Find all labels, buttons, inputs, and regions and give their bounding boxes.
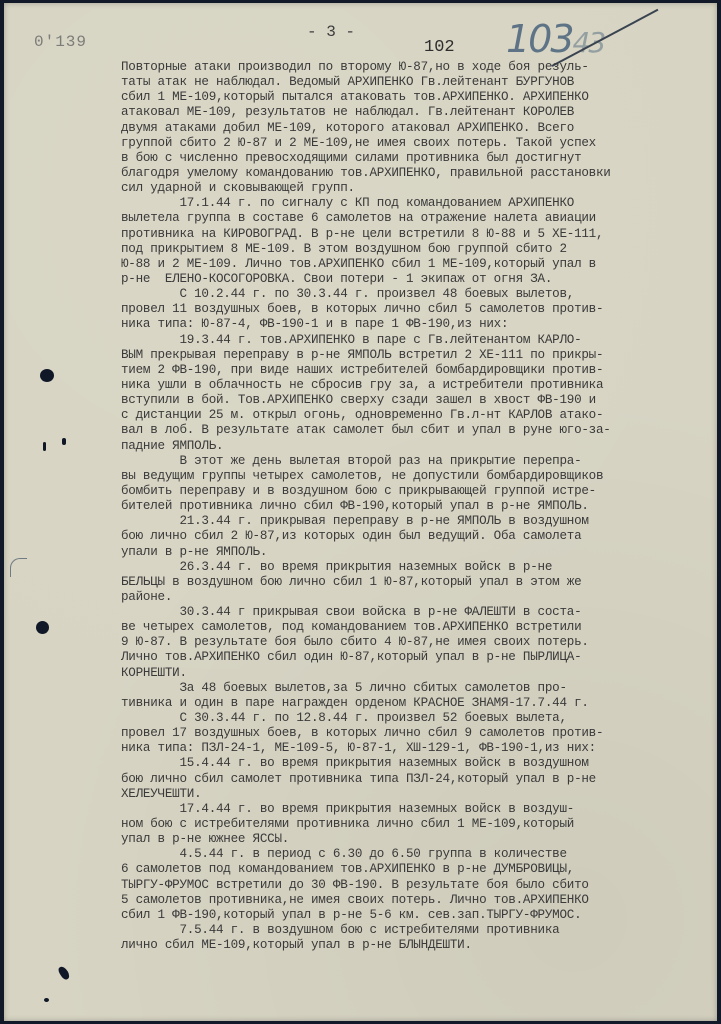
text-line: р-не ЕЛЕНО-КОСОГОРОВКА. Свои потери - 1 …	[121, 272, 721, 287]
text-line: ника типа: ПЗЛ-24-1, МЕ-109-5, Ю-87-1, Х…	[121, 741, 721, 756]
text-line: лично сбил МЕ-109,который упал в р-не БЛ…	[121, 938, 721, 953]
text-line: С 30.3.44 г. по 12.8.44 г. произвел 52 б…	[121, 711, 721, 726]
punch-hole	[36, 621, 49, 634]
text-line: Лично тов.АРХИПЕНКО сбил один Ю-87,котор…	[121, 650, 721, 665]
text-line: вылетела группа в составе 6 самолетов на…	[121, 211, 721, 226]
text-line: упали в р-не ЯМПОЛЬ.	[121, 545, 721, 560]
text-line: 26.3.44 г. во время прикрытия наземных в…	[121, 560, 721, 575]
text-line: 17.4.44 г. во время прикрытия наземных в…	[121, 802, 721, 817]
archive-number: 0'139	[34, 33, 87, 51]
text-line: С 10.2.44 г. по 30.3.44 г. произвел 48 б…	[121, 287, 721, 302]
text-line: 9 Ю-87. В результате боя было сбито 4 Ю-…	[121, 635, 721, 650]
text-line: сбил 1 МЕ-109,который пытался атаковать …	[121, 90, 721, 105]
text-line: Повторные атаки производил по второму Ю-…	[121, 60, 721, 75]
text-line: ника ушли в облачность не сбросив гру за…	[121, 378, 721, 393]
page-number: - 3 -	[307, 23, 355, 41]
text-line: 17.1.44 г. по сигналу с КП под командова…	[121, 196, 721, 211]
text-line: провел 17 воздушных боев, в которых личн…	[121, 726, 721, 741]
text-line: 5 самолетов противника,не имея своих пот…	[121, 893, 721, 908]
folio-handwritten: 10343	[506, 17, 604, 61]
text-line: БЕЛЬЦЫ в воздушном бою лично сбил 1 Ю-87…	[121, 575, 721, 590]
text-line: ВЫМ прекрывая переправу в р-не ЯМПОЛЬ вс…	[121, 348, 721, 363]
text-line: упал в р-не южнее ЯССЫ.	[121, 832, 721, 847]
folio-handwritten-number: 103	[506, 17, 573, 61]
text-line: районе.	[121, 590, 721, 605]
text-line: 21.3.44 г. прикрывая переправу в р-не ЯМ…	[121, 514, 721, 529]
text-line: бомбить переправу и в воздушном бою с пр…	[121, 484, 721, 499]
text-line: За 48 боевых вылетов,за 5 лично сбитых с…	[121, 681, 721, 696]
text-line: бителей противника лично сбил ФВ-190,кот…	[121, 499, 721, 514]
text-line: бою лично сбил 2 Ю-87,из которых один бы…	[121, 529, 721, 544]
document-body: Повторные атаки производил по второму Ю-…	[121, 60, 721, 953]
punch-hole	[43, 442, 46, 451]
text-line: в бою с численно превосходящими силами п…	[121, 151, 721, 166]
text-line: вступили в бой. Тов.АРХИПЕНКО сверху сза…	[121, 393, 721, 408]
text-line: ТЫРГУ-ФРУМОС встретили до 30 ФВ-190. В р…	[121, 878, 721, 893]
text-line: ном бою с истребителями противника лично…	[121, 817, 721, 832]
text-line: тивника и один в паре награжден орденом …	[121, 696, 721, 711]
text-line: двумя атаками добил МЕ-109, которого ата…	[121, 121, 721, 136]
text-line: провел 11 воздушных боев, в которых личн…	[121, 302, 721, 317]
document-page: 0'139 - 3 - 102 10343 Повторные атаки пр…	[4, 3, 717, 1021]
text-line: тием 2 ФВ-190, при виде наших истребител…	[121, 363, 721, 378]
text-line: ве четырех самолетов, под командованием …	[121, 620, 721, 635]
handwritten-bracket-mark	[10, 558, 27, 577]
punch-hole	[44, 998, 49, 1002]
folio-handwritten-crossed: 43	[573, 26, 605, 59]
text-line: КОРНЕШТИ.	[121, 666, 721, 681]
punch-hole	[40, 369, 54, 382]
text-line: благодря умелому командованию тов.АРХИПЕ…	[121, 166, 721, 181]
text-line: 6 самолетов под командованием тов.АРХИПЕ…	[121, 862, 721, 877]
text-line: ника типа: Ю-87-4, ФВ-190-1 и в паре 1 Ф…	[121, 317, 721, 332]
text-line: 30.3.44 г прикрывая свои войска в р-не Ф…	[121, 605, 721, 620]
text-line: 4.5.44 г. в период с 6.30 до 6.50 группа…	[121, 847, 721, 862]
text-line: В этот же день вылетая второй раз на при…	[121, 454, 721, 469]
folio-typed: 102	[424, 38, 455, 57]
text-line: ХЕЛЕУЧЕШТИ.	[121, 787, 721, 802]
text-line: падние ЯМПОЛЬ.	[121, 439, 721, 454]
text-line: 19.3.44 г. тов.АРХИПЕНКО в паре с Гв.лей…	[121, 333, 721, 348]
text-line: сбил 1 ФВ-190,который упал в р-не 5-6 км…	[121, 908, 721, 923]
text-line: сил ударной и сковывающей групп.	[121, 181, 721, 196]
punch-hole	[57, 965, 71, 981]
text-line: противника на КИРОВОГРАД. В р-не цели вс…	[121, 227, 721, 242]
text-line: Ю-88 и 2 МЕ-109. Лично тов.АРХИПЕНКО сби…	[121, 257, 721, 272]
text-line: вал в лоб. В результате атак самолет был…	[121, 423, 721, 438]
text-line: таты атак не наблюдал. Ведомый АРХИПЕНКО…	[121, 75, 721, 90]
text-line: с дистанции 25 м. открыл огонь, одноврем…	[121, 408, 721, 423]
punch-hole	[62, 438, 66, 445]
text-line: 7.5.44 г. в воздушном бою с истребителям…	[121, 923, 721, 938]
text-line: атаковал МЕ-109, результатов не наблюдал…	[121, 105, 721, 120]
text-line: бою лично сбил самолет противника типа П…	[121, 772, 721, 787]
text-line: группой сбито 2 Ю-87 и 2 МЕ-109,не имея …	[121, 136, 721, 151]
text-line: вы ведущим группы четырех самолетов, не …	[121, 469, 721, 484]
text-line: под прикрытием 8 МЕ-109. В этом воздушно…	[121, 242, 721, 257]
text-line: 15.4.44 г. во время прикрытия наземных в…	[121, 756, 721, 771]
